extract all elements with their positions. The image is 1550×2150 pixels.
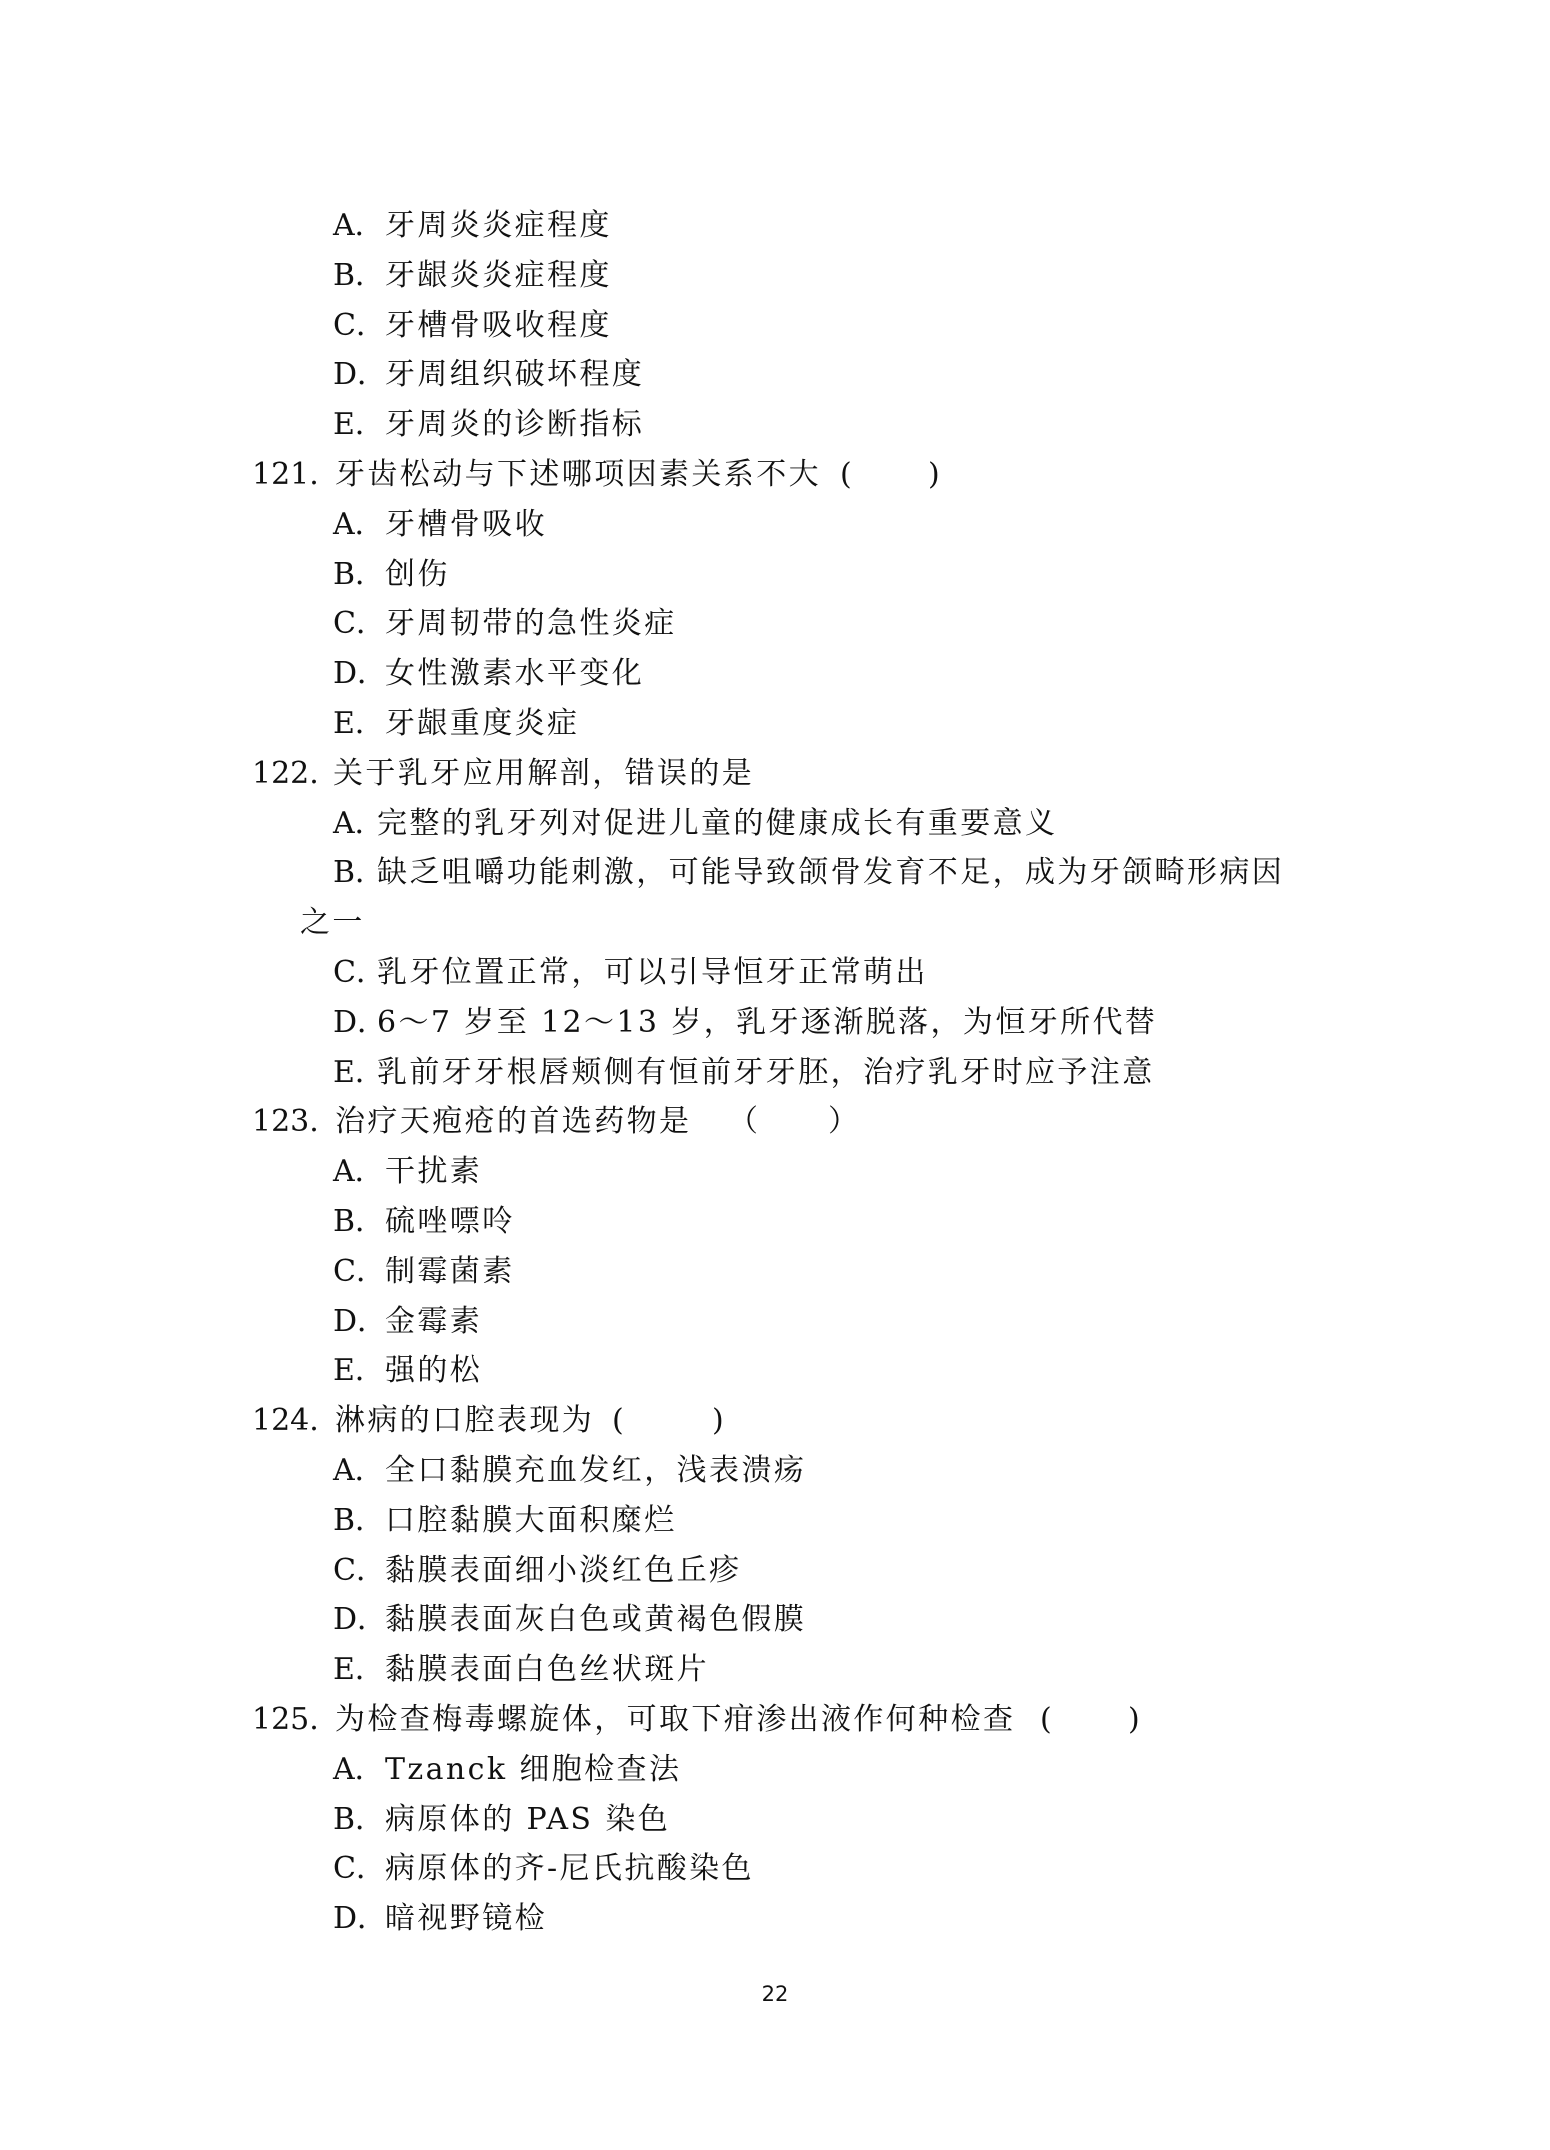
option-label: B． <box>333 1795 385 1845</box>
question-stem: 122. 关于乳牙应用解剖，错误的是 <box>0 749 1550 799</box>
option-label: A． <box>333 1147 385 1197</box>
option-text: 牙槽骨吸收 <box>385 500 547 550</box>
option-item: B． 缺乏咀嚼功能刺激，可能导致颌骨发育不足，成为牙颌畸形病因 <box>0 848 1550 898</box>
option-text: 牙龈炎炎症程度 <box>385 251 612 301</box>
answer-paren-close: ) <box>928 450 940 500</box>
option-label: C． <box>333 1546 386 1596</box>
answer-paren-open: ( <box>1040 1695 1052 1745</box>
question-number: 123. <box>252 1097 319 1147</box>
option-item: A． 牙槽骨吸收 <box>0 500 1550 550</box>
option-item: D． 金霉素 <box>0 1297 1550 1347</box>
option-item: D． 女性激素水平变化 <box>0 649 1550 699</box>
option-text: 牙周炎的诊断指标 <box>385 400 644 450</box>
option-text: 黏膜表面灰白色或黄褐色假膜 <box>385 1595 806 1645</box>
answer-paren-close: ) <box>712 1396 724 1446</box>
option-label: B． <box>333 1496 385 1546</box>
option-text: 6～7 岁至 12～13 岁，乳牙逐渐脱落，为恒牙所代替 <box>377 998 1157 1048</box>
option-text-continuation: 之一 <box>300 898 365 948</box>
question-text: 关于乳牙应用解剖，错误的是 <box>333 749 754 799</box>
option-text: 牙周炎炎症程度 <box>385 201 612 251</box>
option-item: D． 暗视野镜检 <box>0 1894 1550 1944</box>
option-text: 女性激素水平变化 <box>385 649 644 699</box>
question-stem: 121. 牙齿松动与下述哪项因素关系不大 ( ) <box>0 450 1550 500</box>
option-text: 牙槽骨吸收程度 <box>385 301 612 351</box>
answer-paren-close: ) <box>1128 1695 1140 1745</box>
option-label: D． <box>333 1297 387 1347</box>
question-stem: 124. 淋病的口腔表现为 ( ) <box>0 1396 1550 1446</box>
option-label: E． <box>333 400 385 450</box>
option-text: 牙周韧带的急性炎症 <box>385 599 677 649</box>
option-item: C． 病原体的齐-尼氏抗酸染色 <box>0 1844 1550 1894</box>
option-text: 乳牙位置正常，可以引导恒牙正常萌出 <box>377 948 928 998</box>
option-item: B． 病原体的 PAS 染色 <box>0 1795 1550 1845</box>
question-text: 为检查梅毒螺旋体，可取下疳渗出液作何种检查 <box>335 1695 1015 1745</box>
option-text: 干扰素 <box>385 1147 482 1197</box>
option-text: 牙周组织破坏程度 <box>385 350 644 400</box>
option-label: A． <box>333 1446 385 1496</box>
option-item: E． 乳前牙牙根唇颊侧有恒前牙牙胚，治疗乳牙时应予注意 <box>0 1048 1550 1098</box>
option-label: D． <box>333 350 387 400</box>
option-item: C． 牙槽骨吸收程度 <box>0 301 1550 351</box>
option-item: A． 全口黏膜充血发红，浅表溃疡 <box>0 1446 1550 1496</box>
question-list: A． 牙周炎炎症程度 B． 牙龈炎炎症程度 C． 牙槽骨吸收程度 D． 牙周组织… <box>0 201 1550 1944</box>
option-item: E． 牙龈重度炎症 <box>0 699 1550 749</box>
question-number: 121. <box>252 450 319 500</box>
option-text: 创伤 <box>385 550 450 600</box>
question-text: 淋病的口腔表现为 <box>335 1396 594 1446</box>
option-label: C． <box>333 301 386 351</box>
question-number: 125. <box>252 1695 319 1745</box>
page-number: 22 <box>0 1982 1550 2006</box>
option-item: D． 牙周组织破坏程度 <box>0 350 1550 400</box>
option-item: A． Tzanck 细胞检查法 <box>0 1745 1550 1795</box>
option-item: A． 干扰素 <box>0 1147 1550 1197</box>
option-text: 黏膜表面白色丝状斑片 <box>385 1645 709 1695</box>
option-label: D． <box>333 1595 387 1645</box>
option-item: A． 牙周炎炎症程度 <box>0 201 1550 251</box>
option-item: D． 黏膜表面灰白色或黄褐色假膜 <box>0 1595 1550 1645</box>
option-item: B． 口腔黏膜大面积糜烂 <box>0 1496 1550 1546</box>
option-label: A． <box>333 500 385 550</box>
option-label: B． <box>333 550 385 600</box>
answer-paren-open: ( <box>840 450 852 500</box>
option-label: A． <box>333 201 385 251</box>
option-text: 口腔黏膜大面积糜烂 <box>385 1496 677 1546</box>
document-page: A． 牙周炎炎症程度 B． 牙龈炎炎症程度 C． 牙槽骨吸收程度 D． 牙周组织… <box>0 0 1550 2150</box>
option-text: 病原体的齐-尼氏抗酸染色 <box>385 1844 754 1894</box>
option-item: B． 牙龈炎炎症程度 <box>0 251 1550 301</box>
option-item: C． 黏膜表面细小淡红色丘疹 <box>0 1546 1550 1596</box>
option-item: C． 制霉菌素 <box>0 1247 1550 1297</box>
option-text: 黏膜表面细小淡红色丘疹 <box>385 1546 741 1596</box>
option-text: 全口黏膜充血发红，浅表溃疡 <box>385 1446 806 1496</box>
question-text: 牙齿松动与下述哪项因素关系不大 <box>335 450 821 500</box>
option-label: C． <box>333 1247 386 1297</box>
option-label: E． <box>333 1645 385 1695</box>
option-label: A． <box>333 1745 385 1795</box>
option-label: C． <box>333 1844 386 1894</box>
option-label: D． <box>333 1894 387 1944</box>
option-text: Tzanck 细胞检查法 <box>385 1745 681 1795</box>
option-text: 缺乏咀嚼功能刺激，可能导致颌骨发育不足，成为牙颌畸形病因 <box>377 848 1284 898</box>
answer-paren-close: ） <box>828 1097 858 1147</box>
option-text: 金霉素 <box>385 1297 482 1347</box>
answer-paren-open: ( <box>612 1396 624 1446</box>
option-item: E． 强的松 <box>0 1346 1550 1396</box>
option-item: D． 6～7 岁至 12～13 岁，乳牙逐渐脱落，为恒牙所代替 <box>0 998 1550 1048</box>
option-label: E． <box>333 1346 385 1396</box>
option-item: E． 牙周炎的诊断指标 <box>0 400 1550 450</box>
answer-paren-open: （ <box>728 1097 758 1147</box>
question-stem: 123. 治疗天疱疮的首选药物是 （ ） <box>0 1097 1550 1147</box>
option-continuation: 之一 <box>0 898 1550 948</box>
option-item: C． 乳牙位置正常，可以引导恒牙正常萌出 <box>0 948 1550 998</box>
option-text: 制霉菌素 <box>385 1247 515 1297</box>
option-text: 暗视野镜检 <box>385 1894 547 1944</box>
option-label: C． <box>333 599 386 649</box>
option-item: B． 硫唑嘌呤 <box>0 1197 1550 1247</box>
question-text: 治疗天疱疮的首选药物是 <box>335 1097 691 1147</box>
option-label: E． <box>333 699 385 749</box>
option-item: C． 牙周韧带的急性炎症 <box>0 599 1550 649</box>
option-text: 完整的乳牙列对促进儿童的健康成长有重要意义 <box>377 799 1057 849</box>
question-number: 122. <box>252 749 319 799</box>
option-text: 强的松 <box>385 1346 482 1396</box>
option-item: B． 创伤 <box>0 550 1550 600</box>
question-stem: 125. 为检查梅毒螺旋体，可取下疳渗出液作何种检查 ( ) <box>0 1695 1550 1745</box>
option-label: D． <box>333 649 387 699</box>
option-text: 病原体的 PAS 染色 <box>385 1795 670 1845</box>
option-item: A． 完整的乳牙列对促进儿童的健康成长有重要意义 <box>0 799 1550 849</box>
option-text: 牙龈重度炎症 <box>385 699 579 749</box>
option-text: 硫唑嘌呤 <box>385 1197 515 1247</box>
question-number: 124. <box>252 1396 319 1446</box>
option-item: E． 黏膜表面白色丝状斑片 <box>0 1645 1550 1695</box>
option-label: B． <box>333 251 385 301</box>
option-text: 乳前牙牙根唇颊侧有恒前牙牙胚，治疗乳牙时应予注意 <box>377 1048 1155 1098</box>
option-label: B． <box>333 1197 385 1247</box>
